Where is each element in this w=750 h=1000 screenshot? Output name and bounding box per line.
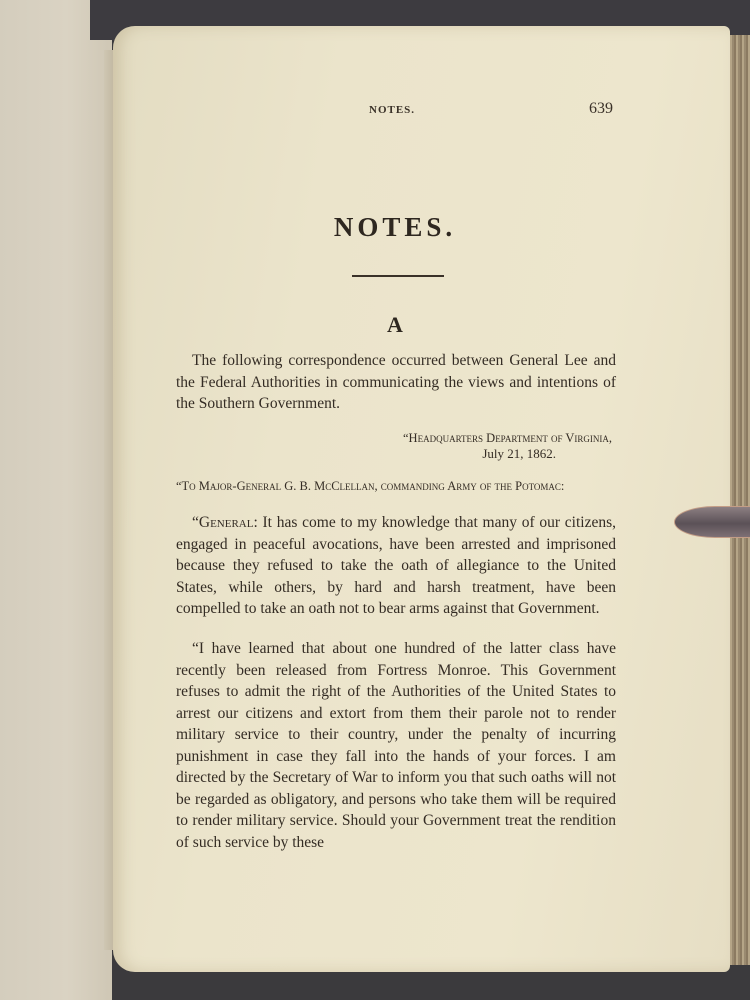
letter-paragraph-1: “General: It has come to my knowledge th… (176, 512, 616, 620)
page-number: 639 (589, 100, 613, 118)
running-head-title: NOTES. (369, 104, 415, 116)
letter-salutation: “General: (192, 514, 258, 531)
running-head: NOTES. 639 (113, 104, 730, 124)
letter-heading: “Headquarters Department of Virginia, Ju… (176, 430, 616, 462)
intro-paragraph: The following correspondence occurred be… (176, 350, 616, 415)
bookmark-ribbon (674, 506, 750, 538)
letter-paragraph-2: “I have learned that about one hundred o… (176, 638, 616, 853)
title-rule (352, 275, 444, 277)
chapter-title: NOTES. (113, 212, 677, 243)
letter-date: July 21, 1862. (176, 446, 616, 462)
letter-location: “Headquarters Department of Virginia, (176, 430, 616, 446)
letter-address: “To Major-General G. B. McClellan, comma… (176, 478, 616, 495)
section-letter: A (113, 312, 677, 338)
left-page (0, 0, 112, 1000)
